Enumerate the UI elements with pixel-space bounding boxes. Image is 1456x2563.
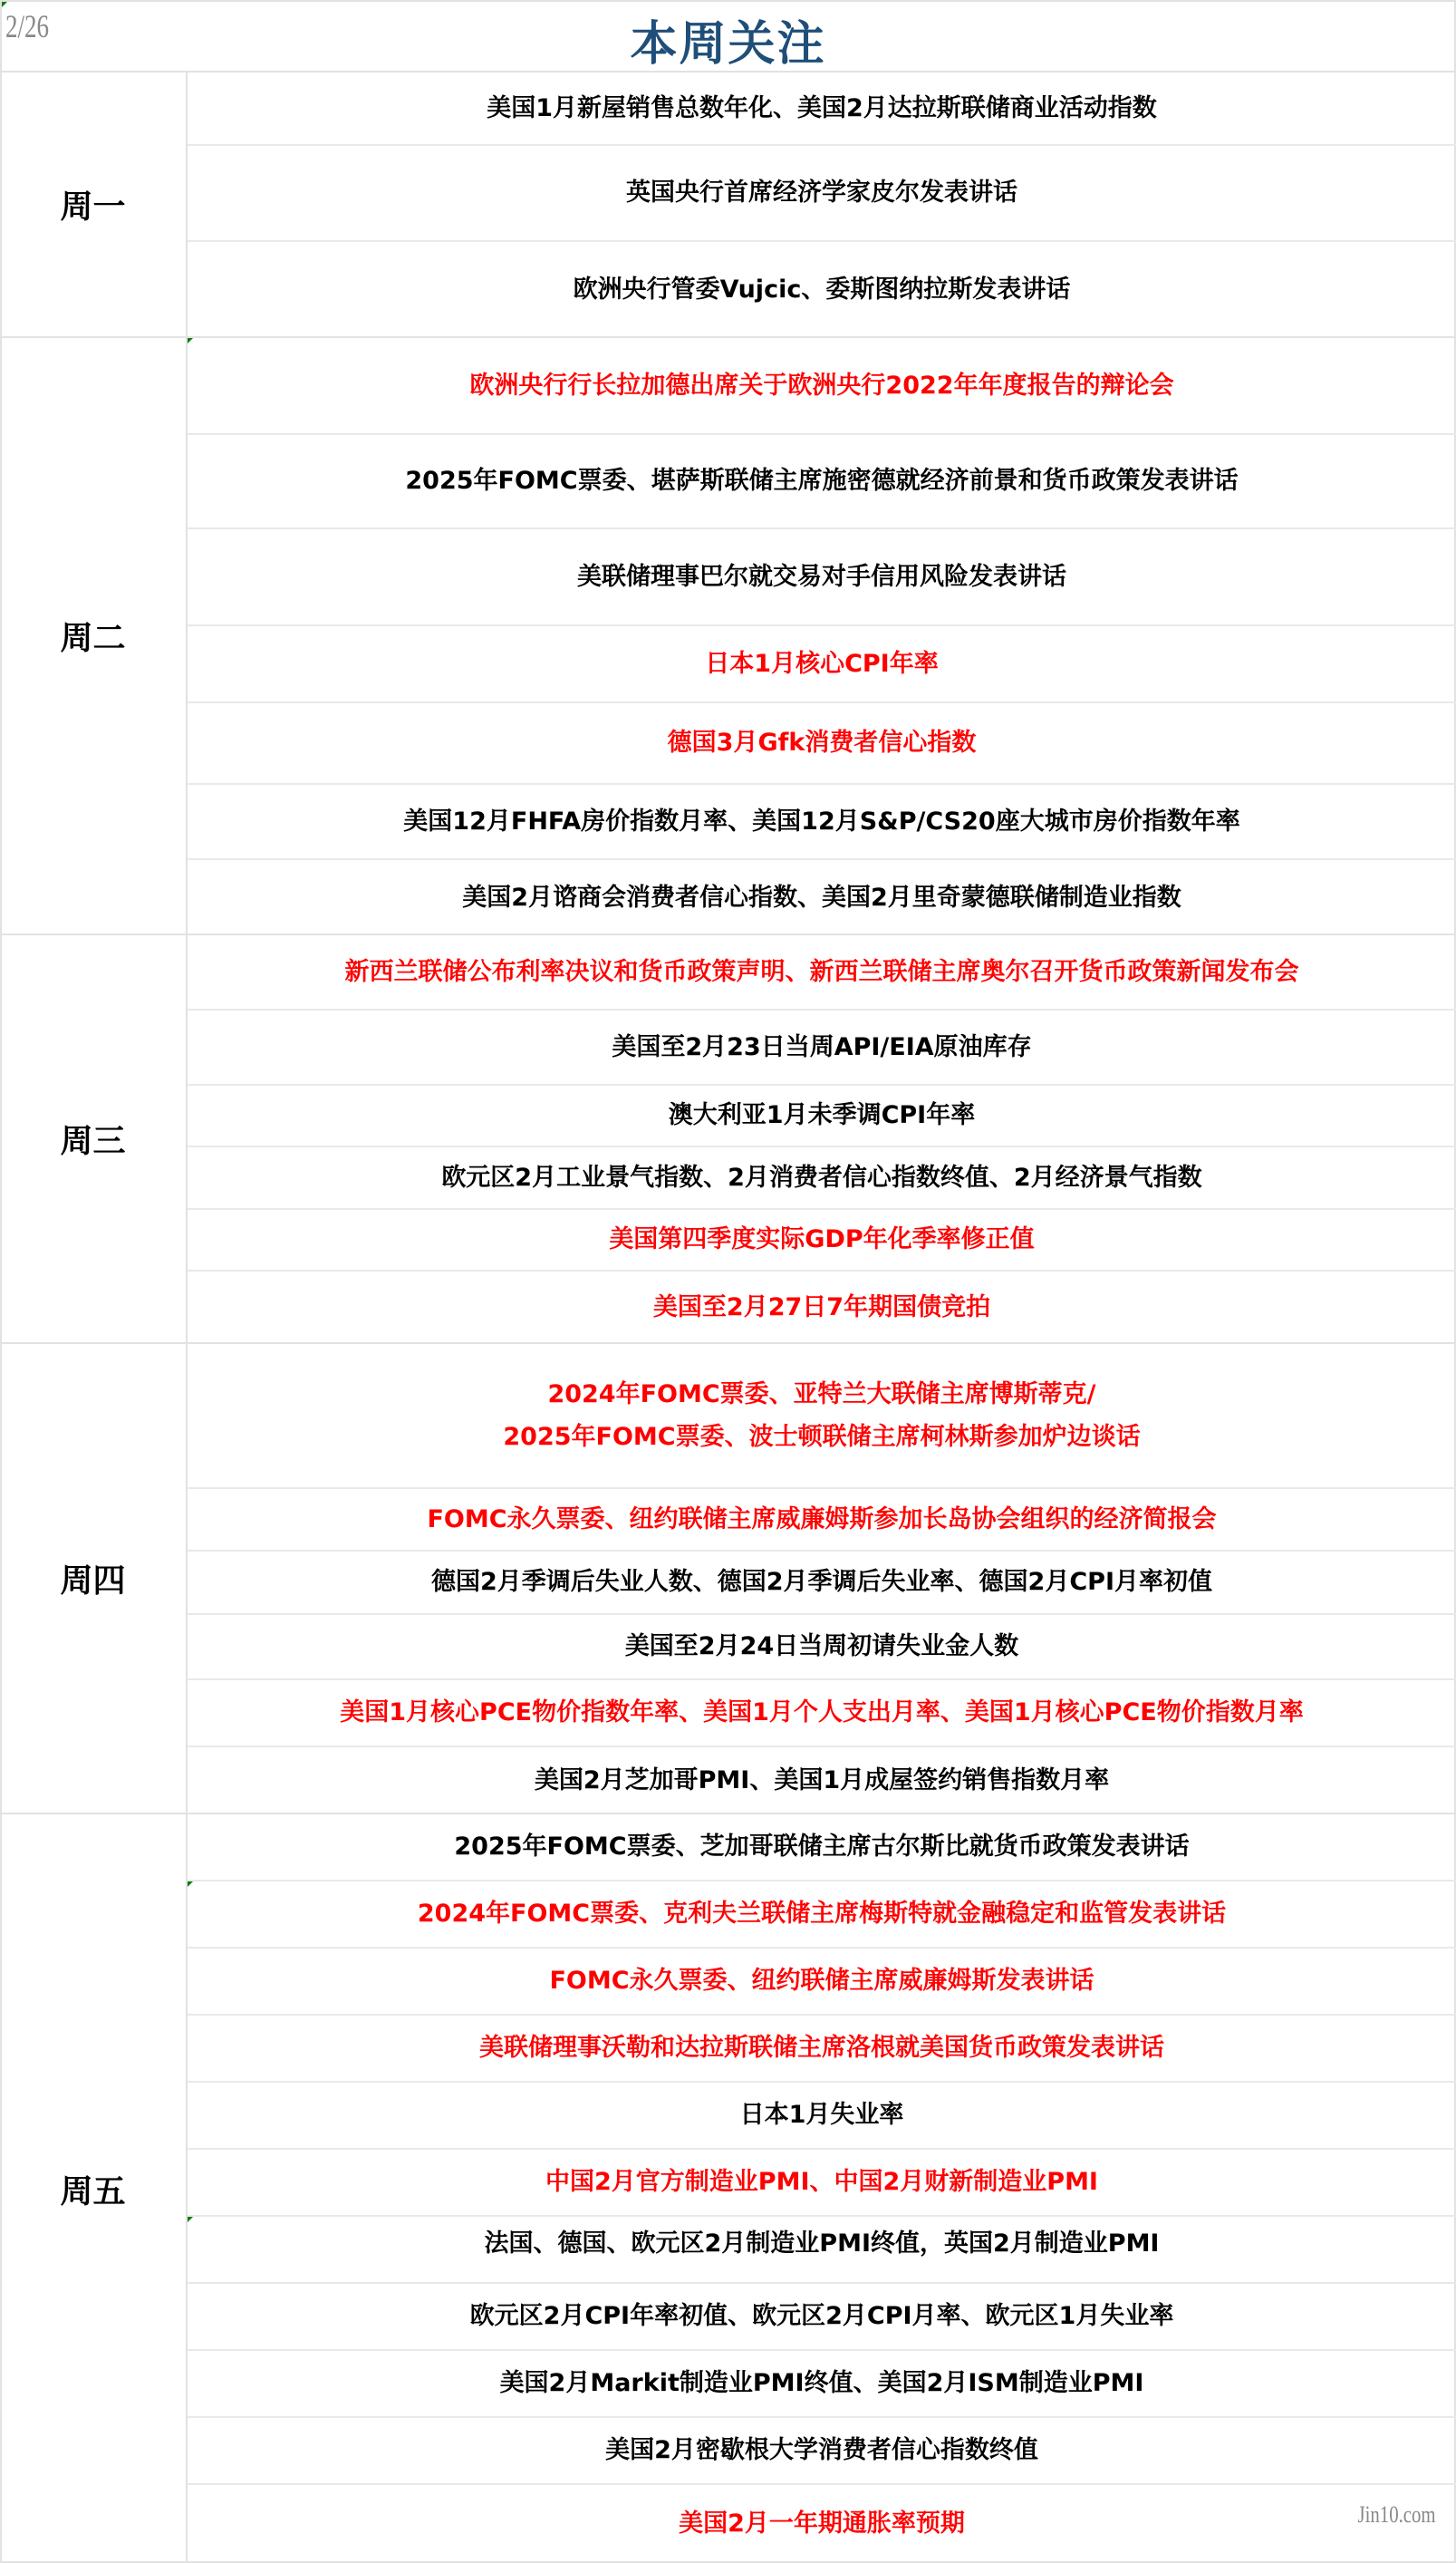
event-row: 欧元区2月CPI年率初值、欧元区2月CPI月率、欧元区1月失业率	[188, 2284, 1456, 2351]
event-text: 德国2月季调后失业人数、德国2月季调后失业率、德国2月CPI月率初值	[431, 1561, 1212, 1603]
event-text: 2024年FOMC票委、克利夫兰联储主席梅斯特就金融稳定和监管发表讲话	[418, 1892, 1226, 1935]
event-text: 2025年FOMC票委、芝加哥联储主席古尔斯比就货币政策发表讲话	[454, 1825, 1189, 1868]
event-row: 美国12月FHFA房价指数月率、美国12月S&P/CS20座大城市房价指数年率	[188, 785, 1456, 860]
event-text: 日本1月核心CPI年率	[705, 643, 938, 685]
event-text: 欧元区2月工业景气指数、2月消费者信心指数终值、2月经济景气指数	[441, 1156, 1201, 1199]
event-row: 法国、德国、欧元区2月制造业PMI终值，英国2月制造业PMI	[188, 2217, 1456, 2284]
day-section-tuesday: 周二 欧洲央行行长拉加德出席关于欧洲央行2022年年度报告的辩论会 2025年F…	[0, 338, 1456, 935]
event-text: 美国至2月27日7年期国债竞拍	[653, 1286, 990, 1329]
event-row: 澳大利亚1月未季调CPI年率	[188, 1086, 1456, 1147]
event-row: 美国2月谘商会消费者信心指数、美国2月里奇蒙德联储制造业指数	[188, 860, 1456, 935]
event-row: 美国2月Markit制造业PMI终值、美国2月ISM制造业PMI	[188, 2351, 1456, 2418]
event-text: 日本1月失业率	[740, 2094, 904, 2136]
event-text: 法国、德国、欧元区2月制造业PMI终值，英国2月制造业PMI	[485, 2222, 1160, 2265]
event-text: 美联储理事巴尔就交易对手信用风险发表讲话	[577, 556, 1066, 598]
event-text: 美国1月核心PCE物价指数年率、美国1月个人支出月率、美国1月核心PCE物价指数…	[340, 1691, 1303, 1734]
event-row: 2025年FOMC票委、堪萨斯联储主席施密德就经济前景和货币政策发表讲话	[188, 435, 1456, 529]
event-text: 美国1月新屋销售总数年化、美国2月达拉斯联储商业活动指数	[487, 87, 1157, 130]
watermark: Jin10.com	[1358, 2501, 1436, 2529]
event-row: 美国1月核心PCE物价指数年率、美国1月个人支出月率、美国1月核心PCE物价指数…	[188, 1680, 1456, 1747]
event-row: 美国2月一年期通胀率预期	[188, 2485, 1456, 2563]
event-row: 英国央行首席经济学家皮尔发表讲话	[188, 146, 1456, 242]
event-row: 美联储理事沃勒和达拉斯联储主席洛根就美国货币政策发表讲话	[188, 2016, 1456, 2083]
event-text: 美国12月FHFA房价指数月率、美国12月S&P/CS20座大城市房价指数年率	[403, 800, 1239, 843]
page-title: 本周关注	[0, 5, 1456, 73]
event-text: 美国至2月23日当周API/EIA原油库存	[612, 1026, 1031, 1069]
event-text: 2024年FOMC票委、亚特兰大联储主席博斯蒂克/ 2025年FOMC票委、波士…	[503, 1373, 1140, 1459]
event-text: FOMC永久票委、纽约联储主席威廉姆斯发表讲话	[549, 1959, 1094, 2002]
event-text: 欧洲央行行长拉加德出席关于欧洲央行2022年年度报告的辩论会	[469, 364, 1173, 407]
day-section-friday: 周五 2025年FOMC票委、芝加哥联储主席古尔斯比就货币政策发表讲话 2024…	[0, 1814, 1456, 2563]
event-row: 美国至2月27日7年期国债竞拍	[188, 1272, 1456, 1344]
event-text: 新西兰联储公布利率决议和货币政策声明、新西兰联储主席奥尔召开货币政策新闻发布会	[345, 951, 1299, 993]
day-section-wednesday: 周三 新西兰联储公布利率决议和货币政策声明、新西兰联储主席奥尔召开货币政策新闻发…	[0, 935, 1456, 1344]
cell-comment-marker	[2, 2, 7, 7]
event-row: 欧洲央行行长拉加德出席关于欧洲央行2022年年度报告的辩论会	[188, 338, 1456, 435]
event-row: 日本1月核心CPI年率	[188, 626, 1456, 703]
day-label: 周三	[0, 935, 188, 1342]
event-text: 英国央行首席经济学家皮尔发表讲话	[626, 171, 1017, 214]
day-section-thursday: 周四 2024年FOMC票委、亚特兰大联储主席博斯蒂克/ 2025年FOMC票委…	[0, 1344, 1456, 1814]
event-text: FOMC永久票委、纽约联储主席威廉姆斯参加长岛协会组织的经济简报会	[427, 1498, 1216, 1541]
event-text: 澳大利亚1月未季调CPI年率	[669, 1094, 975, 1136]
event-text: 欧元区2月CPI年率初值、欧元区2月CPI月率、欧元区1月失业率	[470, 2295, 1174, 2337]
day-label: 周二	[0, 338, 188, 933]
day-label: 周五	[0, 1814, 188, 2563]
event-row: 美国至2月23日当周API/EIA原油库存	[188, 1011, 1456, 1086]
event-text: 德国3月Gfk消费者信心指数	[668, 721, 977, 764]
event-text: 美联储理事沃勒和达拉斯联储主席洛根就美国货币政策发表讲话	[479, 2026, 1164, 2069]
event-row: 美国2月芝加哥PMI、美国1月成屋签约销售指数月率	[188, 1747, 1456, 1814]
event-text: 美国2月密歇根大学消费者信心指数终值	[605, 2429, 1038, 2471]
event-text: 美国2月一年期通胀率预期	[679, 2502, 965, 2545]
event-row: FOMC永久票委、纽约联储主席威廉姆斯发表讲话	[188, 1949, 1456, 2016]
event-text: 美国第四季度实际GDP年化季率修正值	[609, 1218, 1034, 1261]
event-row: 2024年FOMC票委、亚特兰大联储主席博斯蒂克/ 2025年FOMC票委、波士…	[188, 1344, 1456, 1489]
event-text: 美国2月谘商会消费者信心指数、美国2月里奇蒙德联储制造业指数	[462, 876, 1181, 919]
day-label: 周一	[0, 73, 188, 336]
event-text: 2025年FOMC票委、堪萨斯联储主席施密德就经济前景和货币政策发表讲话	[405, 459, 1238, 502]
event-row: 欧元区2月工业景气指数、2月消费者信心指数终值、2月经济景气指数	[188, 1147, 1456, 1210]
event-row: 新西兰联储公布利率决议和货币政策声明、新西兰联储主席奥尔召开货币政策新闻发布会	[188, 935, 1456, 1011]
event-text: 美国2月芝加哥PMI、美国1月成屋签约销售指数月率	[535, 1759, 1109, 1802]
day-section-monday: 周一 美国1月新屋销售总数年化、美国2月达拉斯联储商业活动指数 英国央行首席经济…	[0, 73, 1456, 338]
event-row: 美国第四季度实际GDP年化季率修正值	[188, 1210, 1456, 1272]
event-row: FOMC永久票委、纽约联储主席威廉姆斯参加长岛协会组织的经济简报会	[188, 1489, 1456, 1552]
event-row: 美联储理事巴尔就交易对手信用风险发表讲话	[188, 529, 1456, 626]
day-label: 周四	[0, 1344, 188, 1813]
event-row: 日本1月失业率	[188, 2083, 1456, 2150]
event-text: 中国2月官方制造业PMI、中国2月财新制造业PMI	[545, 2161, 1098, 2203]
event-text: 美国2月Markit制造业PMI终值、美国2月ISM制造业PMI	[500, 2362, 1144, 2404]
event-row: 欧洲央行管委Vujcic、委斯图纳拉斯发表讲话	[188, 242, 1456, 338]
event-text: 美国至2月24日当周初请失业金人数	[625, 1625, 1018, 1668]
event-row: 中国2月官方制造业PMI、中国2月财新制造业PMI	[188, 2150, 1456, 2217]
event-row: 2025年FOMC票委、芝加哥联储主席古尔斯比就货币政策发表讲话	[188, 1814, 1456, 1881]
header: 2/26 本周关注	[0, 0, 1456, 73]
event-row: 德国3月Gfk消费者信心指数	[188, 703, 1456, 785]
event-row: 德国2月季调后失业人数、德国2月季调后失业率、德国2月CPI月率初值	[188, 1552, 1456, 1615]
event-row: 美国2月密歇根大学消费者信心指数终值	[188, 2418, 1456, 2485]
event-row: 美国至2月24日当周初请失业金人数	[188, 1615, 1456, 1680]
event-row: 2024年FOMC票委、克利夫兰联储主席梅斯特就金融稳定和监管发表讲话	[188, 1881, 1456, 1949]
event-text: 欧洲央行管委Vujcic、委斯图纳拉斯发表讲话	[574, 268, 1071, 311]
event-row: 美国1月新屋销售总数年化、美国2月达拉斯联储商业活动指数	[188, 73, 1456, 146]
